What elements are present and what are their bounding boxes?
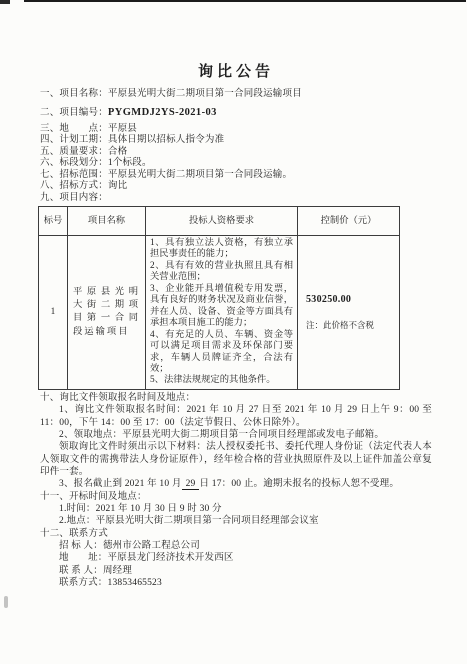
- control-price-value: 530250.00: [306, 294, 394, 305]
- table-header-row: 标号 项目名称 投标人资格要求 控制价（元）: [39, 207, 400, 236]
- section-10-heading: 十、询比文件领取报名时间及地点：: [40, 392, 432, 404]
- requirement-item: 3、企业能开具增值税专用发票，具有良好的财务状况及商业信誉，并在人员、设备、资金…: [150, 284, 293, 330]
- deadline-text-after: 日 17：00 止。逾期未报名的投标人恕不受理。: [199, 479, 399, 489]
- section-11-heading: 十一、开标时间及地点：: [40, 491, 432, 503]
- item-lot-division: 六、标段划分：1个标段。: [40, 158, 432, 170]
- item-location: 三、地 点：平原县: [40, 124, 432, 136]
- table-header-qualification: 投标人资格要求: [146, 207, 298, 236]
- section-10-para-materials: 领取询比文件时须出示以下材料：法人授权委托书、委托代理人身份证（法定代表人本人领…: [40, 441, 432, 478]
- contact-bidder: 招 标 人：德州市公路工程总公司: [40, 540, 432, 552]
- cell-lot-no: 1: [39, 236, 68, 390]
- item-project-content-label: 九、项目内容：: [40, 193, 432, 205]
- requirement-item: 5、法律法规规定的其他条件。: [150, 375, 293, 386]
- scan-artifact-bar: [24, 0, 466, 2]
- item-schedule: 四、计划工期：具体日期以招标人指令为准: [40, 135, 432, 147]
- requirement-item: 2、具有有效的营业执照且具有相关营业范围；: [150, 261, 293, 284]
- item-bid-method: 八、招标方式：询比: [40, 181, 432, 193]
- deadline-day-underlined: 29: [182, 479, 200, 490]
- table-header-lot-no: 标号: [39, 207, 68, 236]
- section-12-heading: 十二、联系方式: [40, 528, 432, 540]
- cell-control-price: 530250.00 注：此价格不含税: [298, 236, 400, 390]
- deadline-text-before: 3、报名截止到 2021 年 10 月: [59, 479, 182, 489]
- item-quality: 五、质量要求：合格: [40, 147, 432, 159]
- project-content-table: 标号 项目名称 投标人资格要求 控制价（元） 1 平原县光明大街二期项目第一合同…: [38, 206, 400, 390]
- section-10-para-deadline: 3、报名截止到 2021 年 10 月29日 17：00 止。逾期未报名的投标人…: [40, 478, 432, 490]
- table-header-project-name: 项目名称: [68, 207, 146, 236]
- item-project-name: 一、项目名称：平原县光明大街二期项目第一合同段运输项目: [40, 89, 432, 101]
- contact-phone: 联系方式：13853465523: [40, 577, 432, 589]
- document-page: 询比公告 一、项目名称：平原县光明大街二期项目第一合同段运输项目 二、项目编号：…: [0, 0, 467, 664]
- requirement-item: 4、有充足的人员、车辆、资金等可以满足项目需求及环保部门要求，车辆人员牌证齐全，…: [150, 330, 293, 376]
- section-10-para-pickup-place: 2、领取地点：平原县光明大街二期项目第一合同项目经理部或发电子邮箱。: [40, 429, 432, 441]
- item-bid-scope: 七、招标范围：平原县光明大街二期项目第一合同段运输。: [40, 170, 432, 182]
- item-project-number: 二、项目编号：PYGMDJ2YS-2021-03: [40, 106, 432, 120]
- project-number-label: 二、项目编号：: [40, 108, 108, 118]
- project-number-value: PYGMDJ2YS-2021-03: [108, 107, 217, 118]
- control-price-note: 注：此价格不含税: [306, 319, 394, 331]
- contact-address: 地 址：平原县龙门经济技术开发西区: [40, 552, 432, 564]
- cell-qualification-requirements: 1、具有独立法人资格，有独立承担民事责任的能力； 2、具有有效的营业执照且具有相…: [146, 236, 298, 390]
- contact-person: 联 系 人：周经理: [40, 565, 432, 577]
- section-10-para-signup-time: 1、询比文件领取报名时间：2021 年 10 月 27 日至 2021 年 10…: [40, 404, 432, 429]
- table-row: 1 平原县光明大街二期项目第一合同段运输项目 1、具有独立法人资格，有独立承担民…: [39, 236, 400, 390]
- item-list: 三、地 点：平原县 四、计划工期：具体日期以招标人指令为准 五、质量要求：合格 …: [40, 124, 432, 205]
- table-header-control-price: 控制价（元）: [298, 207, 400, 236]
- scan-artifact-corner: [0, 0, 10, 4]
- requirement-item: 1、具有独立法人资格，有独立承担民事责任的能力；: [150, 238, 293, 261]
- section-11-open-time: 1.时间：2021 年 10 月 30 日 9 时 30 分: [40, 503, 432, 515]
- section-11-open-place: 2.地点：平原县光明大街二期项目第一合同项目经理部会议室: [40, 515, 432, 527]
- cell-project-name: 平原县光明大街二期项目第一合同段运输项目: [68, 236, 146, 390]
- document-title: 询比公告: [40, 64, 432, 81]
- scan-artifact-smudge: [4, 596, 8, 608]
